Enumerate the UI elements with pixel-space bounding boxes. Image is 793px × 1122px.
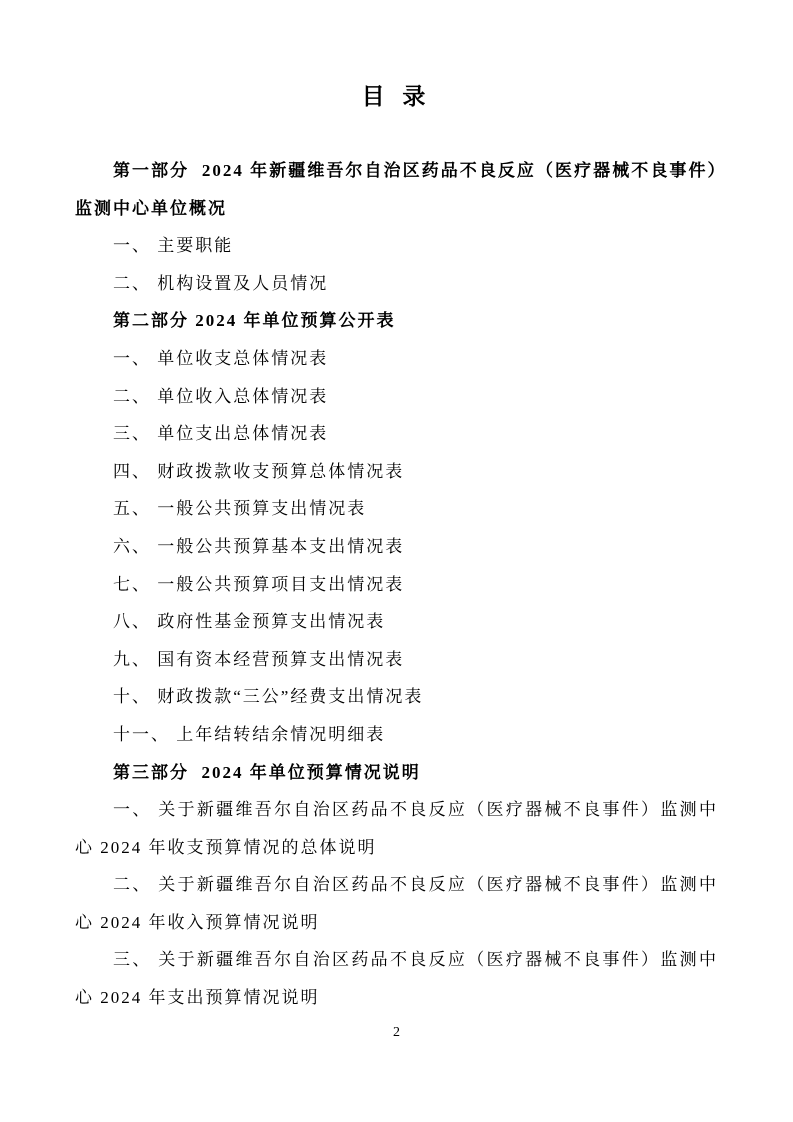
toc-item-1-1: 一、 主要职能 — [75, 227, 718, 265]
toc-item-2-3: 三、 单位支出总体情况表 — [75, 415, 718, 453]
toc-item-2-11: 十一、 上年结转结余情况明细表 — [75, 716, 718, 754]
toc-item-2-1: 一、 单位收支总体情况表 — [75, 340, 718, 378]
page-title: 目 录 — [0, 78, 793, 111]
section-2-heading: 第二部分 2024 年单位预算公开表 — [75, 302, 718, 340]
toc-item-2-6: 六、 一般公共预算基本支出情况表 — [75, 528, 718, 566]
toc-item-2-7: 七、 一般公共预算项目支出情况表 — [75, 566, 718, 604]
toc-item-2-5: 五、 一般公共预算支出情况表 — [75, 490, 718, 528]
toc-item-3-1: 一、 关于新疆维吾尔自治区药品不良反应（医疗器械不良事件）监测中心 2024 年… — [75, 791, 718, 866]
document-page: 目 录 第一部分 2024 年新疆维吾尔自治区药品不良反应（医疗器械不良事件）监… — [0, 0, 793, 1122]
toc-item-2-9: 九、 国有资本经营预算支出情况表 — [75, 641, 718, 679]
section-1-heading: 第一部分 2024 年新疆维吾尔自治区药品不良反应（医疗器械不良事件）监测中心单… — [75, 152, 718, 227]
section-3-heading: 第三部分 2024 年单位预算情况说明 — [75, 754, 718, 792]
table-of-contents: 第一部分 2024 年新疆维吾尔自治区药品不良反应（医疗器械不良事件）监测中心单… — [75, 152, 718, 1017]
toc-item-2-4: 四、 财政拨款收支预算总体情况表 — [75, 453, 718, 491]
page-number: 2 — [0, 1023, 793, 1043]
toc-item-2-8: 八、 政府性基金预算支出情况表 — [75, 603, 718, 641]
toc-item-3-2: 二、 关于新疆维吾尔自治区药品不良反应（医疗器械不良事件）监测中心 2024 年… — [75, 866, 718, 941]
toc-item-2-10: 十、 财政拨款“三公”经费支出情况表 — [75, 678, 718, 716]
toc-item-3-3: 三、 关于新疆维吾尔自治区药品不良反应（医疗器械不良事件）监测中心 2024 年… — [75, 941, 718, 1016]
toc-item-1-2: 二、 机构设置及人员情况 — [75, 265, 718, 303]
toc-item-2-2: 二、 单位收入总体情况表 — [75, 378, 718, 416]
